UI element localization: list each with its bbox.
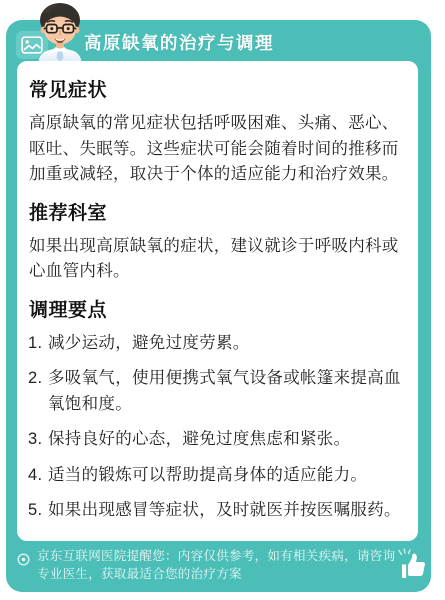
list-item: 适当的锻炼可以帮助提高身体的适应能力。 <box>48 463 404 489</box>
list-item: 减少运动，避免过度劳累。 <box>48 331 404 357</box>
section-heading-symptoms: 常见症状 <box>29 75 404 102</box>
section-heading-department: 推荐科室 <box>29 198 404 225</box>
doctor-avatar <box>30 1 90 67</box>
health-tip-card-page: 高原缺氧的治疗与调理 常见症状 高原缺氧的常见症状包括呼吸 <box>0 0 445 600</box>
thumbs-up-icon[interactable] <box>398 548 428 582</box>
page-title: 高原缺氧的治疗与调理 <box>84 30 274 55</box>
list-item: 保持良好的心态，避免过度焦虑和紧张。 <box>48 427 404 453</box>
tip-content-card: 常见症状 高原缺氧的常见症状包括呼吸困难、头痛、恶心、呕吐、失眠等。这些症状可能… <box>17 61 418 541</box>
list-item: 如果出现感冒等症状，及时就医并按医嘱服药。 <box>48 498 404 524</box>
section-heading-care-points: 调理要点 <box>29 295 404 322</box>
list-item: 多吸氧气，使用便携式氧气设备或帐篷来提高血氧饱和度。 <box>48 366 404 417</box>
care-points-list: 减少运动，避免过度劳累。 多吸氧气，使用便携式氧气设备或帐篷来提高血氧饱和度。 … <box>27 331 404 524</box>
section-body-symptoms: 高原缺氧的常见症状包括呼吸困难、头痛、恶心、呕吐、失眠等。这些症状可能会随着时间… <box>29 111 404 188</box>
disclaimer-text: 京东互联网医院提醒您：内容仅供参考，如有相关疾病，请咨询专业医生，获取最适合您的… <box>37 548 399 583</box>
section-body-department: 如果出现高原缺氧的症状，建议就诊于呼吸内科或心血管内科。 <box>29 234 404 285</box>
record-dot-icon <box>17 553 30 566</box>
